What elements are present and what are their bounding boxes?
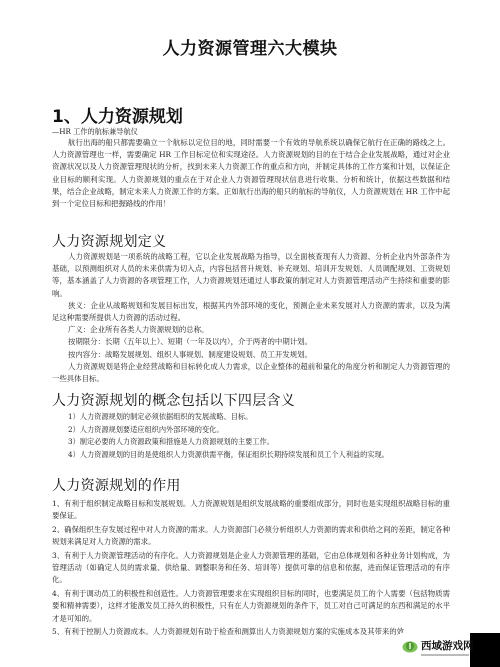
watermark-text: 西域游戏网 (421, 638, 474, 653)
section-heading-hr-planning: 1、人力资源规划 (52, 102, 183, 127)
concept-heading: 人力资源规划的概念包括以下四层含义 (52, 390, 295, 410)
definition-summary: 人力资源规划是将企业经营战略和目标转化成人力需求，以企业整体的超前和量化的角度分… (52, 361, 450, 385)
definition-body: 人力资源规划是一项系统的战略工程，它以企业发展战略为指导，以全面核查现有人力资源… (52, 251, 450, 385)
concept-item: 2）人力资源规划要适应组织内外部环境的变化。 (68, 424, 448, 437)
document-title: 人力资源管理六大模块 (0, 34, 500, 59)
role-list: 1、有利于组织制定战略目标和发展规划。人力资源规划是组织发展战略的重要组成部分，… (52, 498, 450, 639)
role-item: 5、有利于控制人力资源成本。人力资源规划有助于检查和测算出人力资源规划方案的实施… (52, 626, 450, 638)
definition-paragraph: 人力资源规划是一项系统的战略工程，它以企业发展战略为指导，以全面核查现有人力资源… (52, 251, 450, 300)
role-item: 3、有利于人力资源管理活动的有序化。人力资源规划是企业人力资源管理的基础，它由总… (52, 550, 450, 587)
leaf-logo-icon (402, 639, 418, 653)
section1-subtitle: —HR 工作的航标兼导航仪 (52, 126, 450, 137)
section1-body: —HR 工作的航标兼导航仪 航行出海的船只都需要确立一个航标以定位目的地，同时需… (52, 126, 450, 210)
watermark-subline (421, 654, 469, 656)
role-item: 4、有利于调动员工的积极性和创造性。人力资源管理要求在实现组织目标的同时，也要满… (52, 588, 450, 625)
site-watermark: 西域游戏网 (400, 633, 500, 667)
definition-broad: 广义：企业所有各类人力资源规划的总称。 (52, 324, 450, 336)
watermark-black-block (470, 633, 500, 667)
concept-item: 3）制定必要的人力资源政策和措施是人力资源规划的主要工作。 (68, 436, 448, 449)
section1-intro-paragraph: 航行出海的船只都需要确立一个航标以定位目的地，同时需要一个有效的导航系统以确保它… (52, 137, 450, 210)
definition-by-content: 按内容分：战略发展规划、组织人事规划、制度建设规划、员工开发规划。 (52, 349, 450, 361)
concept-list: 1）人力资源规划的制定必须依据组织的发展战略、目标。 2）人力资源规划要适应组织… (68, 411, 448, 461)
definition-by-term: 按期限分：长期（五年以上）、短期（一年及以内），介于两者的中期计划。 (52, 336, 450, 348)
concept-item: 4）人力资源规划的目的是使组织人力资源供需平衡，保证组织长期持续发展和员工个人利… (68, 449, 448, 462)
role-item: 1、有利于组织制定战略目标和发展规划。人力资源规划是组织发展战略的重要组成部分，… (52, 498, 450, 523)
definition-narrow: 狭义：企业从战略规划和发展目标出发，根据其内外部环境的变化，预测企业未来发展对人… (52, 300, 450, 324)
concept-item: 1）人力资源规划的制定必须依据组织的发展战略、目标。 (68, 411, 448, 424)
definition-heading: 人力资源规划定义 (52, 231, 166, 251)
role-heading: 人力资源规划的作用 (52, 475, 181, 495)
document-page: 人力资源管理六大模块 1、人力资源规划 —HR 工作的航标兼导航仪 航行出海的船… (0, 0, 500, 667)
role-item: 2、确保组织生存发展过程中对人力资源的需求。人力资源部门必须分析组织人力资源的需… (52, 524, 450, 549)
